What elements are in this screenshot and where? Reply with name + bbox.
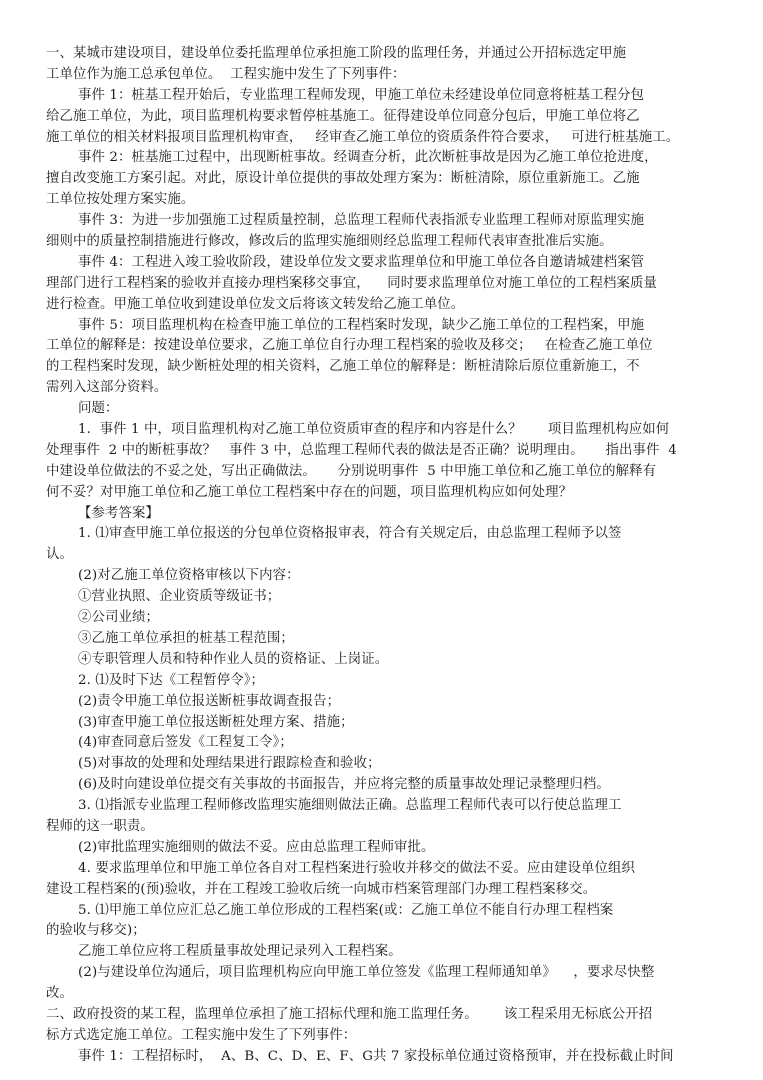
document-line: 需列入这部分资料。: [46, 378, 726, 399]
document-line: 何不妥？对甲施工单位和乙施工单位工程档案中存在的问题，项目监理机构应如何处理？: [46, 483, 726, 504]
document-line: 给乙施工单位，为此，项目监理机构要求暂停桩基施工。征得建设单位同意分包后，甲施工…: [46, 107, 726, 128]
document-line: 施工单位的相关材料报项目监理机构审查， 经审查乙施工单位的资质条件符合要求， 可…: [46, 128, 726, 149]
document-line: (2)责令甲施工单位报送断桩事故调查报告；: [46, 692, 726, 713]
document-line: 工单位的解释是：按建设单位要求，乙施工单位自行办理工程档案的验收及移交； 在检查…: [46, 336, 726, 357]
document-line: 建设工程档案的(预)验收，并在工程竣工验收后统一向城市档案管理部门办理工程档案移…: [46, 880, 726, 901]
document-line: 擅自改变施工方案引起。对此，原设计单位提供的事故处理方案为：断桩清除，原位重新施…: [46, 169, 726, 190]
document-line: 事件 1：工程招标时， A、B、C、D、E、F、G共 7 家投标单位通过资格预审…: [46, 1047, 726, 1068]
document-line: 工单位作为施工总承包单位。 工程实施中发生了下列事件：: [46, 65, 726, 86]
document-line: 处理事件 2 中的断桩事故？ 事件 3 中，总监理工程师代表的做法是否正确？说明…: [46, 441, 726, 462]
document-line: 程师的这一职责。: [46, 817, 726, 838]
document-line: 2. ⑴及时下达《工程暂停令》；: [46, 671, 726, 692]
document-line: 的验收与移交)；: [46, 921, 726, 942]
document-line: 1. 事件 1 中，项目监理机构对乙施工单位资质审查的程序和内容是什么？ 项目监…: [46, 420, 726, 441]
document-line: 事件 4：工程进入竣工验收阶段，建设单位发文要求监理单位和甲施工单位各自邀请城建…: [46, 253, 726, 274]
document-line: (2)审批监理实施细则的做法不妥。应由总监理工程师审批。: [46, 838, 726, 859]
document-line: 5. ⑴甲施工单位应汇总乙施工单位形成的工程档案(或：乙施工单位不能自行办理工程…: [46, 901, 726, 922]
document-line: 乙施工单位应将工程质量事故处理记录列入工程档案。: [46, 942, 726, 963]
document-line: 改。: [46, 984, 726, 1005]
document-line: 3. ⑴指派专业监理工程师修改监理实施细则做法正确。总监理工程师代表可以行使总监…: [46, 796, 726, 817]
document-line: 理部门进行工程档案的验收并直接办理档案移交事宜， 同时要求监理单位对施工单位的工…: [46, 274, 726, 295]
document-line: 事件 2：桩基施工过程中，出现断桩事故。经调查分析，此次断桩事故是因为乙施工单位…: [46, 148, 726, 169]
document-line: 认。: [46, 545, 726, 566]
document-line: 二、政府投资的某工程，监理单位承担了施工招标代理和施工监理任务。 该工程采用无标…: [46, 1005, 726, 1026]
document-line: 的工程档案时发现，缺少断桩处理的相关资料，乙施工单位的解释是：断桩清除后原位重新…: [46, 357, 726, 378]
document-line: (2)与建设单位沟通后，项目监理机构应向甲施工单位签发《监理工程师通知单》 ，要…: [46, 963, 726, 984]
document-line: 进行检查。甲施工单位收到建设单位发文后将该文转发给乙施工单位。: [46, 295, 726, 316]
document-line: 1. ⑴审查甲施工单位报送的分包单位资格报审表，符合有关规定后，由总监理工程师予…: [46, 524, 726, 545]
document-line: 标方式选定施工单位。工程实施中发生了下列事件：: [46, 1026, 726, 1047]
document-line: ③乙施工单位承担的桩基工程范围；: [46, 629, 726, 650]
document-line: 工单位按处理方案实施。: [46, 190, 726, 211]
document-line: 事件 1：桩基工程开始后，专业监理工程师发现，甲施工单位未经建设单位同意将桩基工…: [46, 86, 726, 107]
document-line: ④专职管理人员和特种作业人员的资格证、上岗证。: [46, 650, 726, 671]
document-line: 事件 3：为进一步加强施工过程质量控制，总监理工程师代表指派专业监理工程师对原监…: [46, 211, 726, 232]
document-line: (6)及时向建设单位提交有关事故的书面报告，并应将完整的质量事故处理记录整理归档…: [46, 775, 726, 796]
document-line: (2)对乙施工单位资格审核以下内容：: [46, 566, 726, 587]
document-line: 事件 5：项目监理机构在检查甲施工单位的工程档案时发现，缺少乙施工单位的工程档案…: [46, 316, 726, 337]
document-line: 4. 要求监理单位和甲施工单位各自对工程档案进行验收并移交的做法不妥。应由建设单…: [46, 859, 726, 880]
document-line: 【参考答案】: [46, 504, 726, 525]
document-line: 问题：: [46, 399, 726, 420]
document-line: (5)对事故的处理和处理结果进行跟踪检查和验收；: [46, 754, 726, 775]
document-line: (4)审查同意后签发《工程复工令》；: [46, 733, 726, 754]
document-line: 细则中的质量控制措施进行修改，修改后的监理实施细则经总监理工程师代表审查批准后实…: [46, 232, 726, 253]
document-line: ②公司业绩；: [46, 608, 726, 629]
document-line: 一、某城市建设项目，建设单位委托监理单位承担施工阶段的监理任务，并通过公开招标选…: [46, 44, 726, 65]
document-line: (3)审查甲施工单位报送断桩处理方案、措施；: [46, 713, 726, 734]
document-line: ①营业执照、企业资质等级证书；: [46, 587, 726, 608]
document-line: 中建设单位做法的不妥之处，写出正确做法。 分别说明事件 5 中甲施工单位和乙施工…: [46, 462, 726, 483]
document-page: 一、某城市建设项目，建设单位委托监理单位承担施工阶段的监理任务，并通过公开招标选…: [46, 44, 726, 1068]
